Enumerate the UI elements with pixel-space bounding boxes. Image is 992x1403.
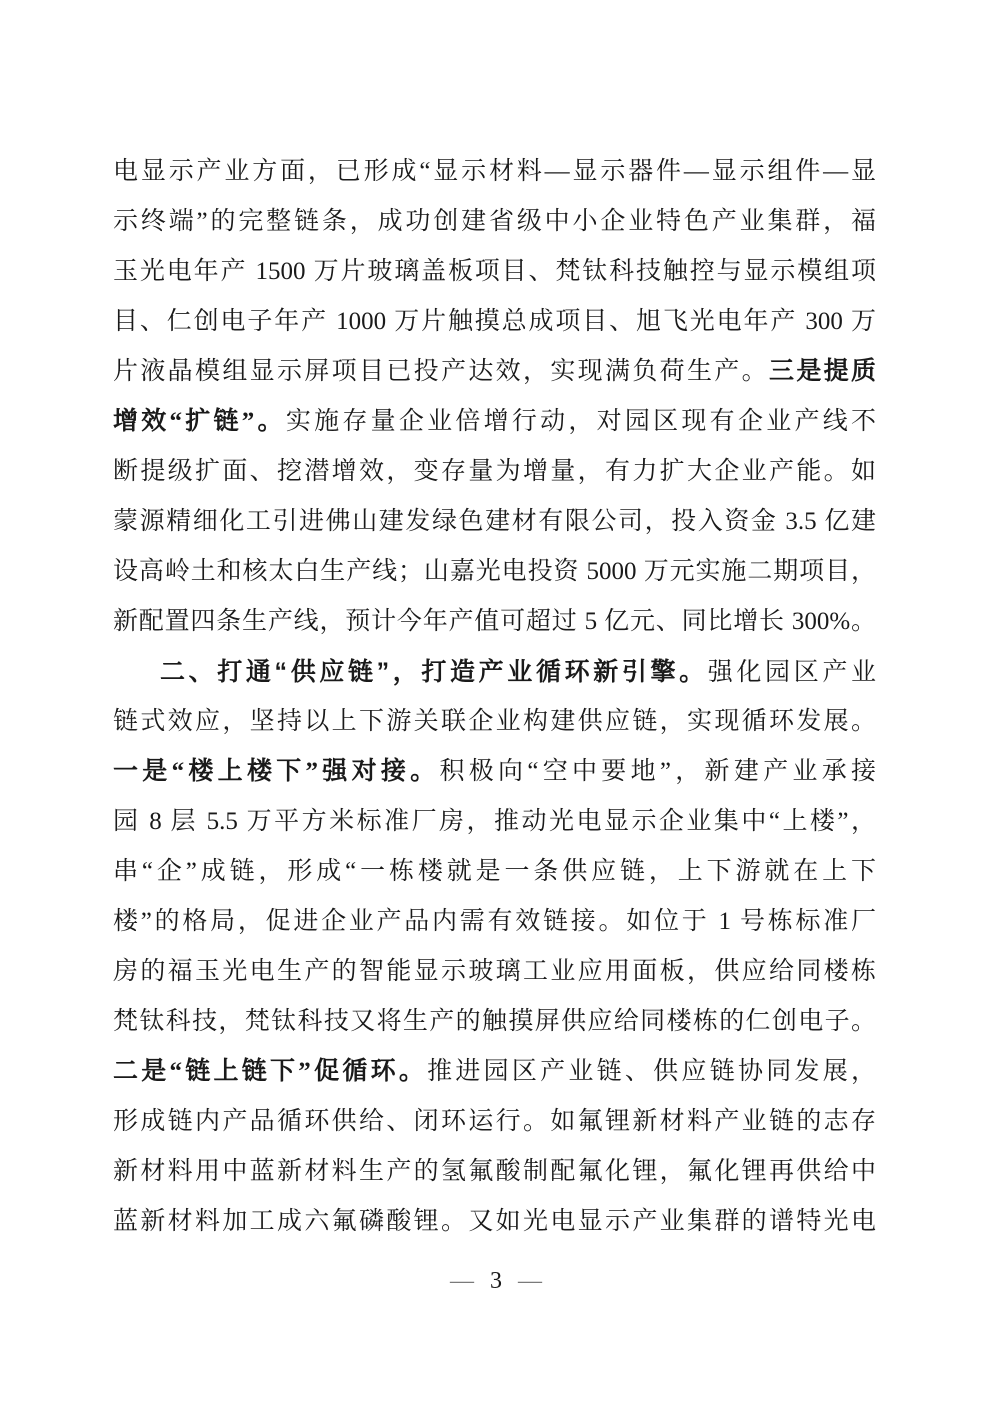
body-text-run: 梵钛科技，梵钛科技又将生产的触摸屏供应给同楼栋的仁创电子。 [113, 1008, 876, 1035]
text-line: 目、仁创电子年产 1000 万片触摸总成项目、旭飞光电年产 300 万 [113, 297, 876, 347]
body-text-run: 蓝新材料加工成六氟磷酸锂。又如光电显示产业集群的谱特光电 [113, 1208, 876, 1235]
text-line: 二、打通“供应链”，打造产业循环新引擎。强化园区产业 [113, 647, 876, 697]
emphasis-text: 增效“扩链”。 [113, 408, 286, 435]
emphasis-text: 三是提质 [769, 358, 876, 385]
body-text-run: 房的福玉光电生产的智能显示玻璃工业应用面板，供应给同楼栋 [113, 958, 876, 985]
text-line: 新配置四条生产线，预计今年产值可超过 5 亿元、同比增长 300%。 [113, 597, 876, 647]
body-text-run: 串“企”成链，形成“一栋楼就是一条供应链，上下游就在上下 [113, 858, 876, 885]
body-text-run: 形成链内产品循环供给、闭环运行。如氟锂新材料产业链的志存 [113, 1108, 876, 1135]
text-line: 电显示产业方面，已形成“显示材料—显示器件—显示组件—显 [113, 147, 876, 197]
page-number: 3 [490, 1268, 502, 1294]
text-line: 楼”的格局，促进企业产品内需有效链接。如位于 1 号栋标准厂 [113, 897, 876, 947]
footer-left-dash: — [450, 1268, 474, 1294]
text-line: 形成链内产品循环供给、闭环运行。如氟锂新材料产业链的志存 [113, 1097, 876, 1147]
emphasis-text: 一是“楼上楼下”强对接。 [113, 758, 439, 785]
body-text-run: 实施存量企业倍增行动，对园区现有企业产线不 [286, 408, 876, 435]
text-line: 梵钛科技，梵钛科技又将生产的触摸屏供应给同楼栋的仁创电子。 [113, 997, 876, 1047]
text-line: 二是“链上链下”促循环。推进园区产业链、供应链协同发展， [113, 1047, 876, 1097]
text-line: 断提级扩面、挖潜增效，变存量为增量，有力扩大企业产能。如 [113, 447, 876, 497]
text-line: 蒙源精细化工引进佛山建发绿色建材有限公司，投入资金 3.5 亿建 [113, 497, 876, 547]
text-line: 房的福玉光电生产的智能显示玻璃工业应用面板，供应给同楼栋 [113, 947, 876, 997]
body-text-run: 楼”的格局，促进企业产品内需有效链接。如位于 1 号栋标准厂 [113, 908, 876, 935]
page-footer: —3— [0, 1260, 992, 1302]
document-body: 电显示产业方面，已形成“显示材料—显示器件—显示组件—显示终端”的完整链条，成功… [113, 147, 876, 1247]
body-text-run: 电显示产业方面，已形成“显示材料—显示器件—显示组件—显 [113, 158, 876, 185]
body-text-run: 新配置四条生产线，预计今年产值可超过 5 亿元、同比增长 300%。 [113, 608, 876, 635]
text-line: 增效“扩链”。实施存量企业倍增行动，对园区现有企业产线不 [113, 397, 876, 447]
body-text-run: 设高岭土和核太白生产线；山嘉光电投资 5000 万元实施二期项目， [113, 558, 876, 585]
body-text-run: 积极向“空中要地”，新建产业承接 [439, 758, 876, 785]
footer-right-dash: — [518, 1268, 542, 1294]
body-text-run: 强化园区产业 [708, 659, 876, 686]
text-line: 示终端”的完整链条，成功创建省级中小企业特色产业集群，福 [113, 197, 876, 247]
body-text-run: 园 8 层 5.5 万平方米标准厂房，推动光电显示企业集中“上楼”， [113, 808, 876, 835]
body-text-run: 示终端”的完整链条，成功创建省级中小企业特色产业集群，福 [113, 208, 876, 235]
section-heading-text: 二、打通“供应链”，打造产业循环新引擎。 [160, 658, 708, 686]
body-text-run: 推进园区产业链、供应链协同发展， [427, 1058, 876, 1085]
body-text-run: 玉光电年产 1500 万片玻璃盖板项目、梵钛科技触控与显示模组项 [113, 258, 876, 285]
text-line: 园 8 层 5.5 万平方米标准厂房，推动光电显示企业集中“上楼”， [113, 797, 876, 847]
document-page: 电显示产业方面，已形成“显示材料—显示器件—显示组件—显示终端”的完整链条，成功… [0, 0, 992, 1403]
emphasis-text: 二是“链上链下”促循环。 [113, 1058, 427, 1085]
text-line: 串“企”成链，形成“一栋楼就是一条供应链，上下游就在上下 [113, 847, 876, 897]
body-text-run: 链式效应，坚持以上下游关联企业构建供应链，实现循环发展。 [113, 708, 876, 735]
text-line: 链式效应，坚持以上下游关联企业构建供应链，实现循环发展。 [113, 697, 876, 747]
text-line: 新材料用中蓝新材料生产的氢氟酸制配氟化锂，氟化锂再供给中 [113, 1147, 876, 1197]
text-line: 设高岭土和核太白生产线；山嘉光电投资 5000 万元实施二期项目， [113, 547, 876, 597]
text-line: 玉光电年产 1500 万片玻璃盖板项目、梵钛科技触控与显示模组项 [113, 247, 876, 297]
text-line: 蓝新材料加工成六氟磷酸锂。又如光电显示产业集群的谱特光电 [113, 1197, 876, 1247]
body-text-run: 目、仁创电子年产 1000 万片触摸总成项目、旭飞光电年产 300 万 [113, 308, 876, 335]
body-text-run: 断提级扩面、挖潜增效，变存量为增量，有力扩大企业产能。如 [113, 458, 876, 485]
body-text-run: 蒙源精细化工引进佛山建发绿色建材有限公司，投入资金 3.5 亿建 [113, 508, 876, 535]
text-line: 一是“楼上楼下”强对接。积极向“空中要地”，新建产业承接 [113, 747, 876, 797]
body-text-run: 新材料用中蓝新材料生产的氢氟酸制配氟化锂，氟化锂再供给中 [113, 1158, 876, 1185]
text-line: 片液晶模组显示屏项目已投产达效，实现满负荷生产。三是提质 [113, 347, 876, 397]
body-text-run: 片液晶模组显示屏项目已投产达效，实现满负荷生产。 [113, 358, 769, 385]
